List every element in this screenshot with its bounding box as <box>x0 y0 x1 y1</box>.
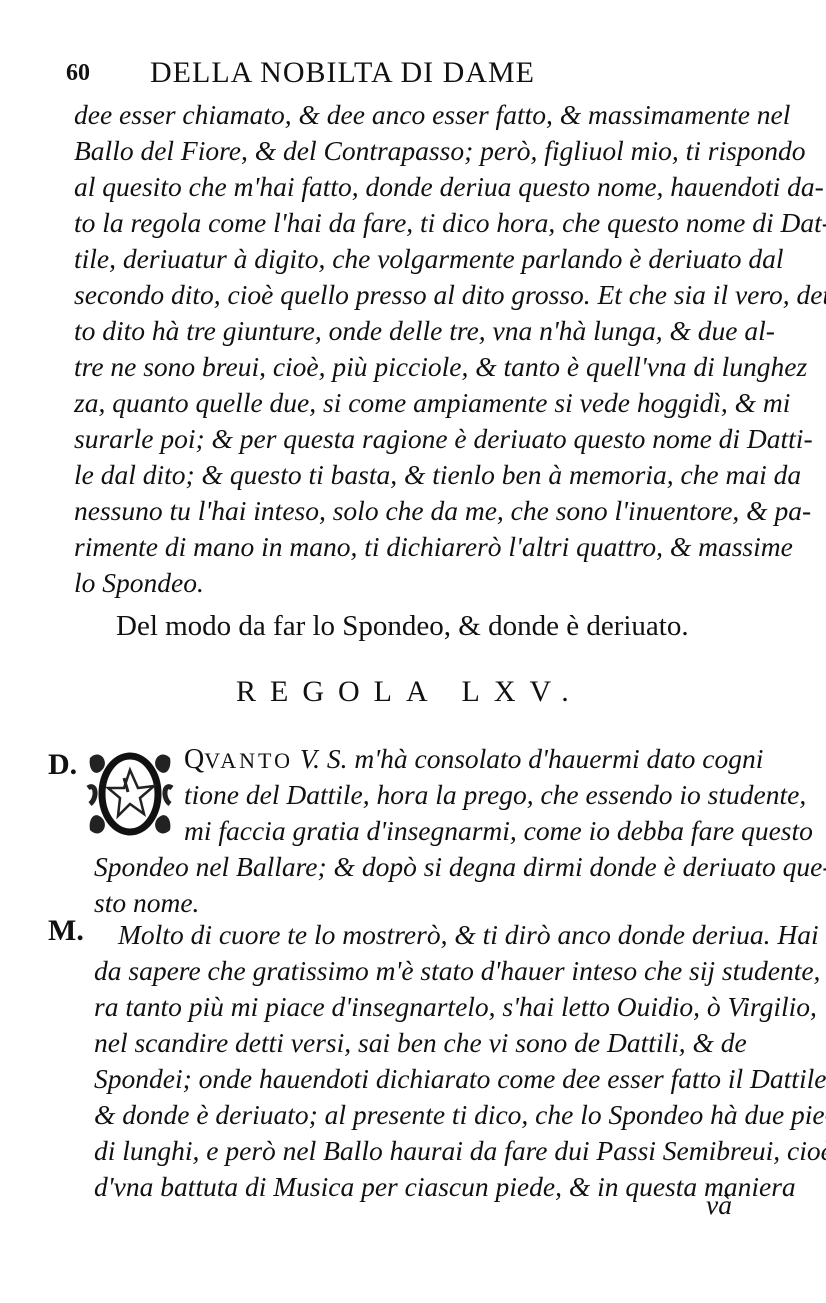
page-number: 60 <box>66 60 90 87</box>
dialogue-m-line: Molto di cuore te lo mostrerò, & ti dirò… <box>118 916 819 954</box>
dialogue-m-line: Spondei; onde hauendoti dichiarato come … <box>94 1060 826 1098</box>
rule-number: REGOLA LXV. <box>236 675 583 709</box>
catchword: và <box>706 1186 732 1224</box>
text-line: tre ne sono breui, cioè, più picciole, &… <box>74 348 807 386</box>
text-line: dee esser chiamato, & dee anco esser fat… <box>74 96 790 134</box>
decorated-initial-icon <box>84 748 176 840</box>
dialogue-d-line: tione del Dattile, hora la prego, che es… <box>184 776 806 814</box>
dialogue-m-line: di lunghi, e però nel Ballo haurai da fa… <box>94 1132 826 1170</box>
text-line: to la regola come l'hai da fare, ti dico… <box>74 204 826 242</box>
text-line: surarle poi; & per questa ragione è deri… <box>74 420 813 458</box>
dialogue-m-line: nel scandire detti versi, sai ben che vi… <box>94 1024 747 1062</box>
initial-letter: Q <box>184 744 204 775</box>
running-title: DELLA NOBILTA DI DAME <box>150 56 650 90</box>
text-line: nessuno tu l'hai inteso, solo che da me,… <box>74 492 811 530</box>
text-line: al quesito che m'hai fatto, donde deriua… <box>74 168 824 206</box>
text-line: secondo dito, cioè quello presso al dito… <box>74 276 826 314</box>
chapter-heading: Del modo da far lo Spondeo, & donde è de… <box>116 610 736 643</box>
dialogue-d-line: Spondeo nel Ballare; & dopò si degna dir… <box>94 848 826 886</box>
dialogue-m-line: da sapere che gratissimo m'è stato d'hau… <box>94 952 826 990</box>
speaker-d-label: D. <box>48 748 77 782</box>
initial-word-smallcaps: VANTO <box>204 748 293 773</box>
text-line: to dito hà tre giunture, onde delle tre,… <box>74 312 775 350</box>
book-page: 60 DELLA NOBILTA DI DAME dee esser chiam… <box>0 0 826 1303</box>
text-line: tile, deriuatur à digito, che volgarment… <box>74 240 784 278</box>
text-line: rimente di mano in mano, ti dichiarerò l… <box>74 528 793 566</box>
text-line: V. S. m'hà consolato d'hauermi dato cogn… <box>300 743 763 774</box>
text-line: lo Spondeo. <box>74 564 204 602</box>
dialogue-d-line: mi faccia gratia d'insegnarmi, come io d… <box>184 812 813 850</box>
text-line: za, quanto quelle due, si come ampiament… <box>74 384 790 422</box>
dialogue-m-line: ra tanto più mi piace d'insegnartelo, s'… <box>94 988 817 1026</box>
dialogue-d-line: QVANTO V. S. m'hà consolato d'hauermi da… <box>184 740 763 780</box>
dialogue-m-line: d'vna battuta di Musica per ciascun pied… <box>94 1168 796 1206</box>
text-line: le dal dito; & questo ti basta, & tienlo… <box>74 456 801 494</box>
speaker-m-label: M. <box>48 914 84 948</box>
text-line: Ballo del Fiore, & del Contrapasso; però… <box>74 132 806 170</box>
dialogue-m-line: & donde è deriuato; al presente ti dico,… <box>94 1096 826 1134</box>
